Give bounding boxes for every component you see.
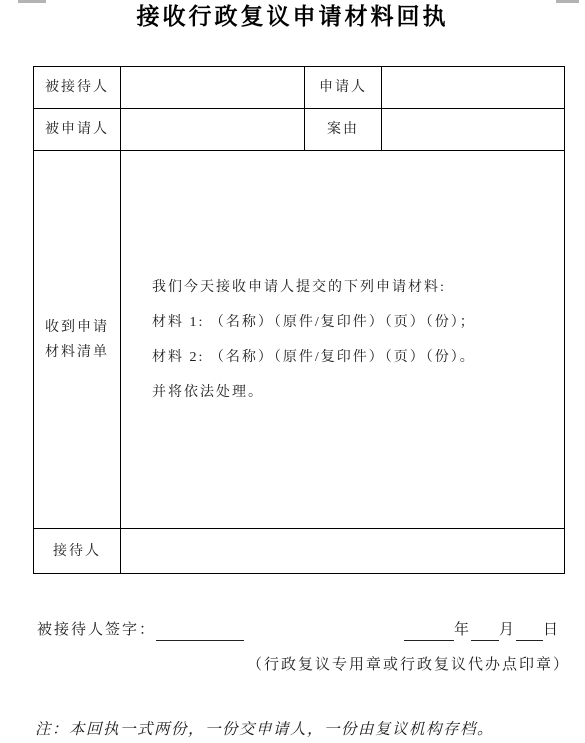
handle-by-law-line: 并将依法处理。 xyxy=(152,375,556,410)
received-person-label: 被接待人 xyxy=(34,67,121,109)
signature-blank-line xyxy=(156,622,244,641)
applicant-value-cell xyxy=(382,67,565,109)
receipt-document-page: 接收行政复议申请材料回执 被接待人 申请人 被申请人 案由 收到申请材料清单 我… xyxy=(0,0,585,743)
receptionist-label: 接待人 xyxy=(34,529,121,574)
materials-intro-line: 我们今天接收申请人提交的下列申请材料: xyxy=(152,270,556,305)
table-row-materials-list: 收到申请材料清单 我们今天接收申请人提交的下列申请材料: 材料 1: （名称）（… xyxy=(34,151,565,529)
table-row-received-person: 被接待人 申请人 xyxy=(34,67,565,109)
stamp-note: （行政复议专用章或行政复议代办点印章） xyxy=(0,654,570,676)
signature-date-row: 被接待人签字： 年 月 日 xyxy=(37,620,560,641)
day-label: 日 xyxy=(543,620,560,641)
document-title: 接收行政复议申请材料回执 xyxy=(0,1,585,31)
respondent-value-cell xyxy=(121,109,305,151)
signature-group: 被接待人签字： xyxy=(37,620,244,641)
year-label: 年 xyxy=(454,620,471,641)
materials-list-content-cell: 我们今天接收申请人提交的下列申请材料: 材料 1: （名称）（原件/复印件）（页… xyxy=(121,151,565,529)
receipt-form-table: 被接待人 申请人 被申请人 案由 收到申请材料清单 我们今天接收申请人提交的下列… xyxy=(33,66,565,574)
received-person-value-cell xyxy=(121,67,305,109)
month-blank-line xyxy=(471,622,499,641)
footnote: 注：本回执一式两份，一份交申请人，一份由复议机构存档。 xyxy=(35,719,575,741)
date-group: 年 月 日 xyxy=(404,620,560,641)
month-label: 月 xyxy=(499,620,516,641)
materials-list-label: 收到申请材料清单 xyxy=(34,151,121,529)
day-blank-line xyxy=(516,622,543,641)
applicant-label: 申请人 xyxy=(305,67,382,109)
receptionist-value-cell xyxy=(121,529,565,574)
material-1-line: 材料 1: （名称）（原件/复印件）（页）（份）； xyxy=(152,305,556,340)
signature-label: 被接待人签字： xyxy=(37,620,156,641)
year-blank-line xyxy=(404,622,454,641)
material-2-line: 材料 2: （名称）（原件/复印件）（页）（份）。 xyxy=(152,340,556,375)
table-row-receptionist: 接待人 xyxy=(34,529,565,574)
table-row-respondent: 被申请人 案由 xyxy=(34,109,565,151)
case-reason-value-cell xyxy=(382,109,565,151)
respondent-label: 被申请人 xyxy=(34,109,121,151)
case-reason-label: 案由 xyxy=(305,109,382,151)
